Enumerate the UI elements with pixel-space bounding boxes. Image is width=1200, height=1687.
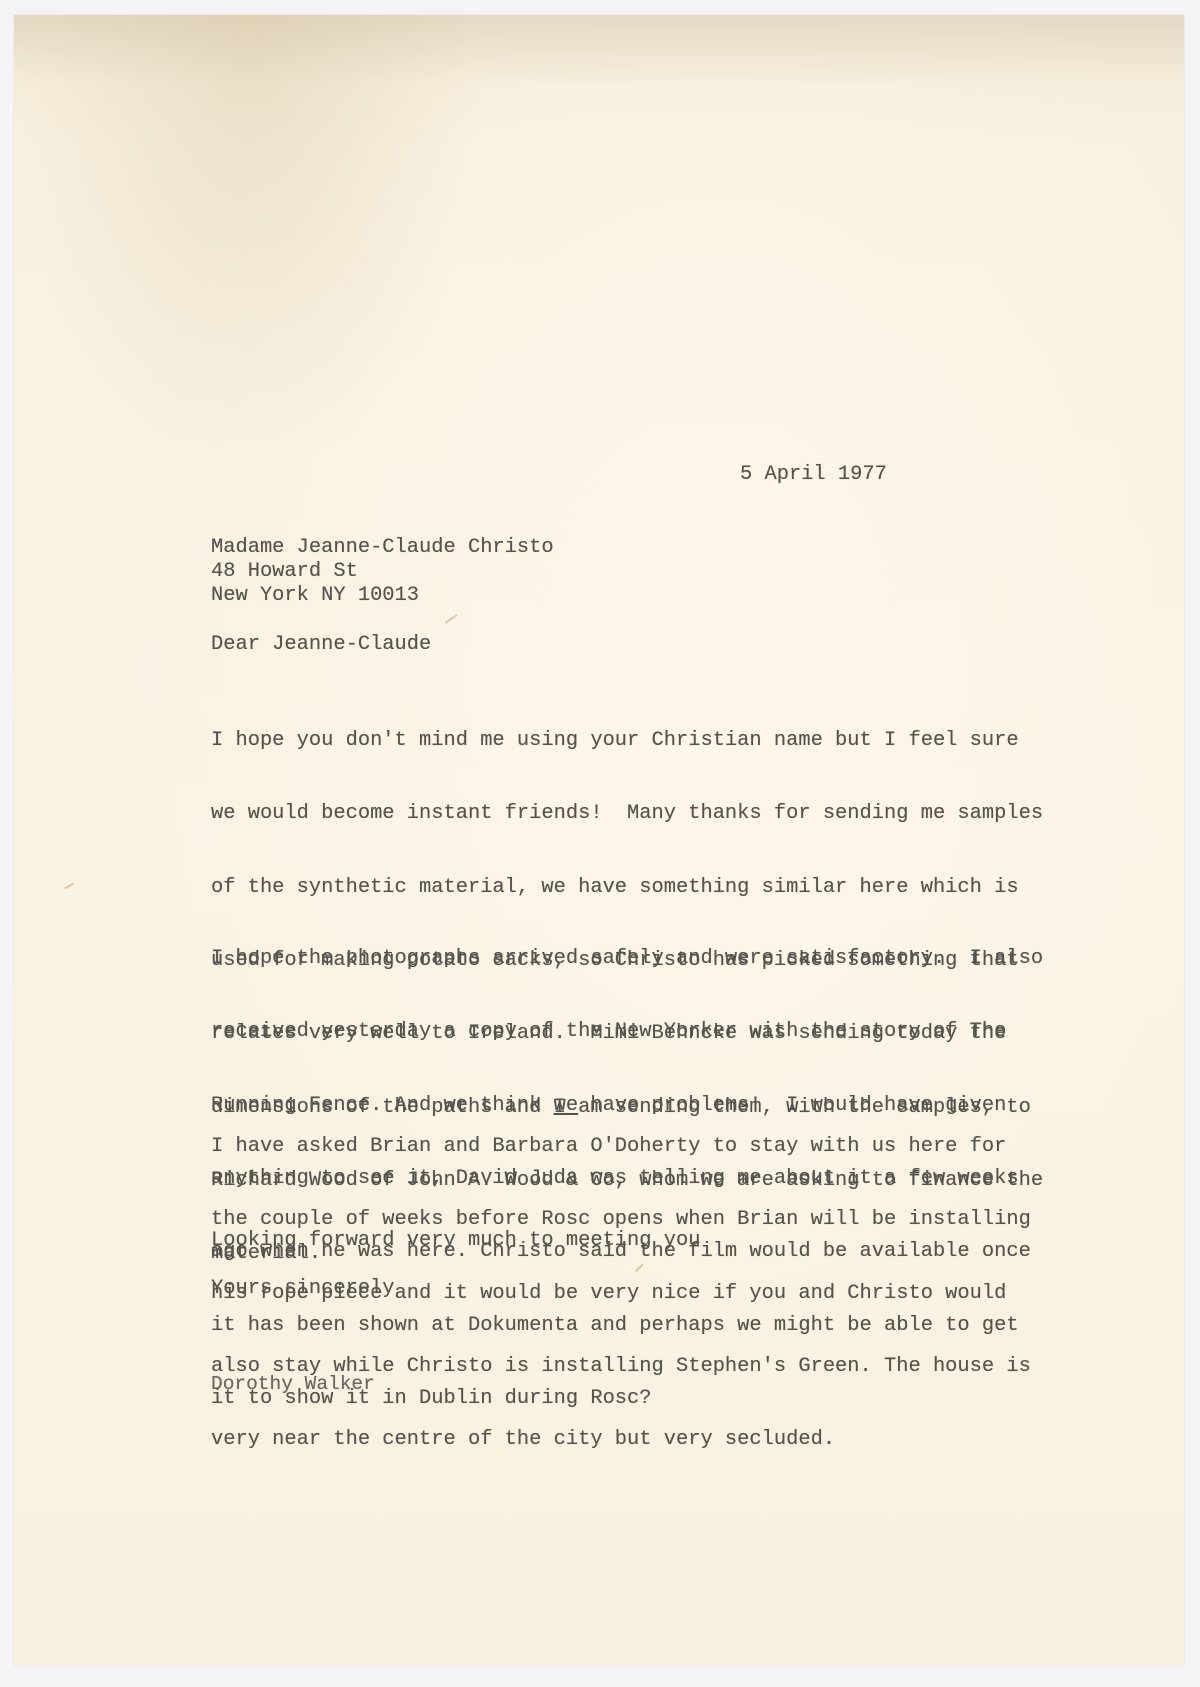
paragraph-line: received yesterday a copy of the New Yor… (211, 1020, 1111, 1044)
paragraph-line: very near the centre of the city but ver… (211, 1428, 1111, 1452)
letter-date: 5 April 1977 (740, 463, 887, 488)
closing-line: Looking forward very much to meeting you (211, 1229, 700, 1254)
salutation: Dear Jeanne-Claude (211, 633, 431, 658)
paragraph-line: I hope you don't mind me using your Chri… (211, 729, 1111, 753)
valediction: Yours sincerely (211, 1277, 395, 1302)
paper-speck (64, 883, 73, 889)
recipient-city: New York NY 10013 (211, 584, 419, 609)
paragraph-line: I hope the photographs arrived safely an… (211, 947, 1111, 971)
recipient-street: 48 Howard St (211, 560, 358, 585)
paragraph-line: we would become instant friends! Many th… (211, 802, 1111, 826)
recipient-name: Madame Jeanne-Claude Christo (211, 536, 554, 561)
letter-page: 5 April 1977 Madame Jeanne-Claude Christ… (14, 15, 1184, 1665)
paper-speck (445, 614, 457, 623)
paragraph-line: I have asked Brian and Barbara O'Doherty… (211, 1135, 1111, 1159)
signature-name: Dorothy Walker (211, 1372, 375, 1397)
paragraph-line: of the synthetic material, we have somet… (211, 876, 1111, 900)
